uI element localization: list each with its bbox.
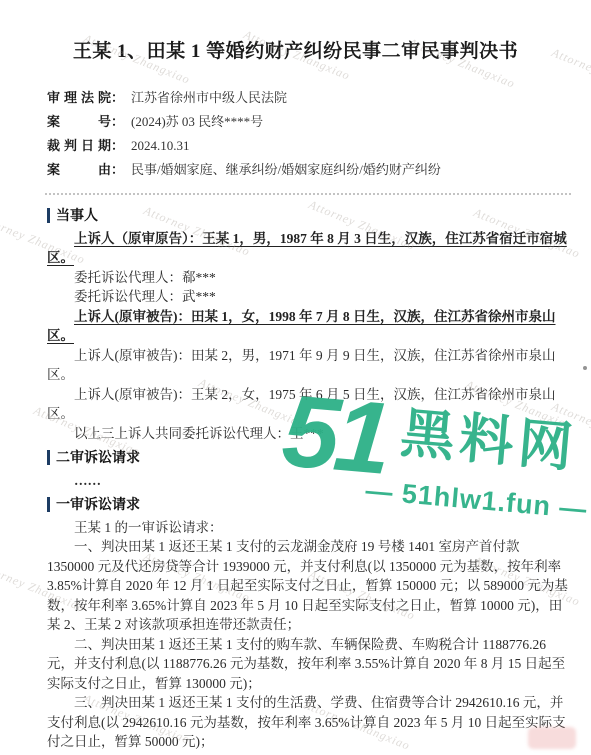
meta-colon: ： [111,114,124,129]
first-instance-claim-3: 三、判决田某 1 返还王某 1 支付的生活费、学费、住宿费等合计 2942610… [47,693,568,752]
faded-stamp-mark [528,727,576,749]
edge-speck-mark [583,366,587,370]
meta-row-case-number: 案号：(2024)苏 03 民终****号 [47,110,571,134]
meta-colon: ： [111,162,124,177]
meta-row-judgment-date: 裁判日期：2024.10.31 [47,134,571,158]
section-bar-icon [47,497,50,512]
second-instance-ellipsis: …… [47,471,568,491]
section-bar-icon [47,450,50,465]
document-body: 当事人 上诉人（原审原告）：王某 1，男，1987 年 8 月 3 日生，汉族，… [47,201,568,752]
party-appellant-defendant-2: 上诉人(原审被告)：田某 2，男，1971 年 9 月 9 日生，汉族，住江苏省… [47,346,568,385]
party-appellant-defendant-1: 上诉人(原审被告)：田某 1，女，1998 年 7 月 8 日生，汉族，住江苏省… [47,307,568,346]
first-instance-claim-2: 二、判决田某 1 返还王某 1 支付的购车款、车辆保险费、车购税合计 11887… [47,635,568,694]
meta-block: 审理法院：江苏省徐州市中级人民法院 案号：(2024)苏 03 民终****号 … [47,86,571,182]
meta-colon: ： [111,138,124,153]
meta-row-court: 审理法院：江苏省徐州市中级人民法院 [47,86,571,110]
section-heading-first-instance: 一审诉讼请求 [47,495,568,515]
meta-value-cause: 民事/婚姻家庭、继承纠纷/婚姻家庭纠纷/婚约财产纠纷 [131,162,441,177]
meta-row-cause: 案由：民事/婚姻家庭、继承纠纷/婚姻家庭纠纷/婚约财产纠纷 [47,158,571,182]
judgment-document-page: 王某 1、田某 1 等婚约财产纠纷民事二审民事判决书 审理法院：江苏省徐州市中级… [0,0,591,755]
meta-value-judgment-date: 2024.10.31 [131,138,190,153]
meta-value-court: 江苏省徐州市中级人民法院 [131,90,287,105]
party-agent-2: 委托诉讼代理人：武*** [47,287,568,307]
party-joint-agent: 以上三上诉人共同委托诉讼代理人：王*** [47,424,568,444]
meta-label-court: 审理法院 [47,86,111,110]
meta-label-case-number: 案号 [47,110,111,134]
page-title: 王某 1、田某 1 等婚约财产纠纷民事二审民事判决书 [0,36,591,63]
meta-label-judgment-date: 裁判日期 [47,134,111,158]
section-heading-parties: 当事人 [47,206,568,226]
dotted-divider [45,193,571,195]
meta-colon: ： [111,90,124,105]
meta-label-cause: 案由 [47,158,111,182]
first-instance-intro: 王某 1 的一审诉讼请求： [47,518,568,538]
party-agent-1: 委托诉讼代理人：郗*** [47,268,568,288]
party-appellant-defendant-3: 上诉人(原审被告)：王某 2，女，1975 年 6 月 5 日生，汉族，住江苏省… [47,385,568,424]
section-heading-second-instance: 二审诉讼请求 [47,448,568,468]
party-appellant-plaintiff: 上诉人（原审原告）：王某 1，男，1987 年 8 月 3 日生，汉族，住江苏省… [47,229,568,268]
section-heading-parties-label: 当事人 [56,206,98,226]
meta-value-case-number: (2024)苏 03 民终****号 [131,114,263,129]
section-heading-second-instance-label: 二审诉讼请求 [56,448,140,468]
first-instance-claim-1: 一、判决田某 1 返还王某 1 支付的云龙湖金茂府 19 号楼 1401 室房产… [47,537,568,635]
section-heading-first-instance-label: 一审诉讼请求 [56,495,140,515]
section-bar-icon [47,208,50,223]
